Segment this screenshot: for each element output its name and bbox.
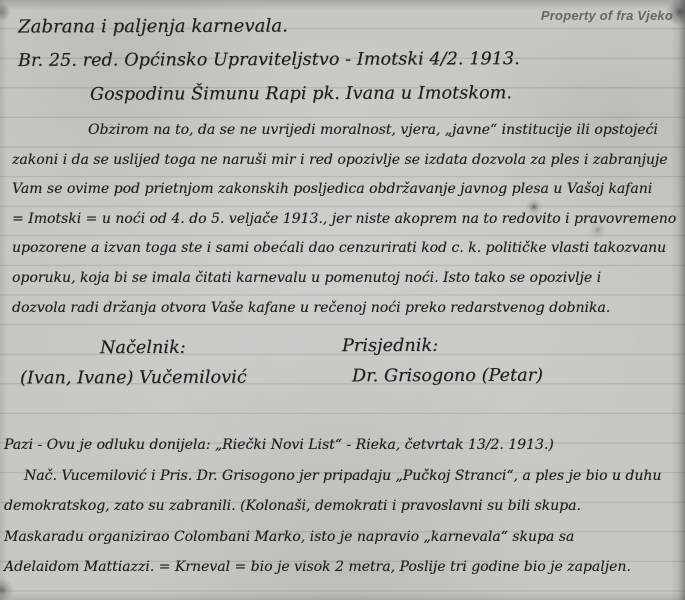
body-line: dozvola radi držanja otvora Vaše kafane … xyxy=(12,294,684,324)
body-line: zakoni i da se uslijed toga ne naruši mi… xyxy=(12,146,684,176)
note-line: demokratskog, zato su zabranili. (Kolona… xyxy=(4,491,684,522)
note-line: Pazi - Ovu je odluku donijela: „Riečki N… xyxy=(4,430,684,461)
scanned-manuscript-page: Property of fra Vjeko Zabrana i paljenja… xyxy=(0,0,685,600)
signature-title-assessor: Prisjednik: xyxy=(342,336,438,356)
body-line: Vam se ovime pod prietnjom zakonskih pos… xyxy=(12,175,684,205)
signature-name-mayor: (Ivan, Ivane) Vučemilović xyxy=(20,368,247,389)
body-line: = Imotski = u noći od 4. do 5. veljače 1… xyxy=(12,205,684,235)
note-line: Nač. Vucemilović i Pris. Dr. Grisogono j… xyxy=(4,461,684,492)
note-line: Maskaradu organizirao Colombani Marko, i… xyxy=(4,522,684,553)
document-title: Zabrana i paljenja karnevala. xyxy=(18,16,288,38)
document-number-and-office: Br. 25. red. Općinsko Upraviteljstvo - I… xyxy=(18,49,520,71)
watermark-text: Property of fra Vjeko xyxy=(541,8,673,23)
note-line: Adelaidom Mattiazzi. = Krneval = bio je … xyxy=(4,552,684,583)
body-line: upozorene a izvan toga ste i sami obećal… xyxy=(12,234,684,264)
signature-name-assessor: Dr. Grisogono (Petar) xyxy=(352,366,543,387)
signature-title-mayor: Načelnik: xyxy=(100,338,186,358)
addressee-line: Gospodinu Šimunu Rapi pk. Ivana u Imotsk… xyxy=(90,83,512,104)
body-line: Obzirom na to, da se ne uvrijedi moralno… xyxy=(12,116,684,146)
annotation-note: Pazi - Ovu je odluku donijela: „Riečki N… xyxy=(4,430,684,583)
decree-body: Obzirom na to, da se ne uvrijedi moralno… xyxy=(12,116,684,323)
body-line: oporuku, koja bi se imala čitati karneva… xyxy=(12,264,684,294)
